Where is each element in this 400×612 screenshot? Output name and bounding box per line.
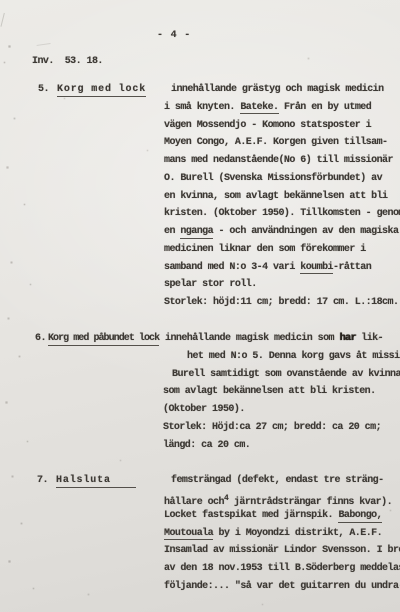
text-line: en kvinna, som avlagt bekännelsen att bl… (164, 188, 400, 206)
entry-description: innehållande grästyg och magisk medicini… (164, 81, 400, 312)
pencil-smudge (0, 13, 14, 29)
entry-number: 7. (37, 472, 48, 490)
text-line: Storlek: höjd:11 cm; bredd: 17 cm. L.:18… (164, 294, 400, 312)
text-line: O. Burell (Svenska Missionsförbundet) av (164, 170, 400, 188)
pencil-smudge (35, 35, 50, 46)
text-line: Moutouala by i Moyondzi distrikt, A.E.F. (164, 525, 400, 543)
text-line: het med N:o 5. Denna korg gavs åt missio… (187, 348, 400, 366)
text-line: medicinen liknar den som förekommer i (164, 241, 400, 259)
text-line: innehållande grästyg och magisk medicin (171, 81, 400, 99)
text-line: längd: ca 20 cm. (163, 437, 400, 455)
text-line: Locket fastspikat med järnspik. Babongo, (164, 507, 400, 525)
text-line: femsträngad (defekt, endast tre sträng- (171, 472, 400, 490)
entry-number: 6. (35, 330, 46, 348)
text-line: spelar stor roll. (164, 276, 400, 294)
text-line: innehållande magisk medicin som har lik- (165, 330, 400, 348)
inventory-number: Inv. 53. 18. (32, 53, 103, 71)
page-number: - 4 - (157, 27, 191, 45)
scan-noise-specks (0, 0, 1, 1)
text-line: (Oktober 1950). (163, 401, 400, 419)
entry-description: innehållande magisk medicin som har lik-… (163, 330, 400, 454)
text-line: vägen Mossendjo - Komono statsposter i (164, 117, 400, 135)
entry-description: femsträngad (defekt, endast tre sträng-h… (164, 472, 400, 595)
text-line: Storlek: Höjd:ca 27 cm; bredd: ca 20 cm; (163, 419, 400, 437)
text-line: i små knyten. Bateke. Från en by utmed (164, 99, 400, 117)
text-line: Insamlad av missionär Lindor Svensson. I… (164, 542, 400, 560)
scanned-catalog-page: - 4 - Inv. 53. 18. 5. Korg med lock inne… (0, 0, 400, 612)
text-line: av den 18 nov.1953 till B.Söderberg medd… (164, 560, 400, 578)
text-line: Burell samtidigt som ovanstående av kvin… (172, 366, 400, 384)
text-line: mans med nedanstående(No 6) till mission… (164, 152, 400, 170)
entry-title: Halsluta (56, 472, 136, 490)
text-line: kristen. (Oktober 1950). Tillkomsten - g… (164, 205, 400, 223)
text-line: samband med N:o 3-4 vari koumbi-råttan (164, 259, 400, 277)
text-line: en nganga - och användningen av den magi… (164, 223, 400, 241)
text-line: följande:... "så var det guitarren du un… (164, 578, 400, 596)
entry-title: Korg med påbundet lock (48, 330, 159, 348)
text-line: som avlagt bekännelsen att bli kristen. (163, 383, 400, 401)
entry-number: 5. (38, 81, 49, 99)
text-line: hållare och4 järntrådsträngar finns kvar… (164, 490, 400, 508)
entry-title: Korg med lock (57, 81, 146, 99)
text-line: Moyen Congo, A.E.F. Korgen given tillsam… (164, 134, 400, 152)
